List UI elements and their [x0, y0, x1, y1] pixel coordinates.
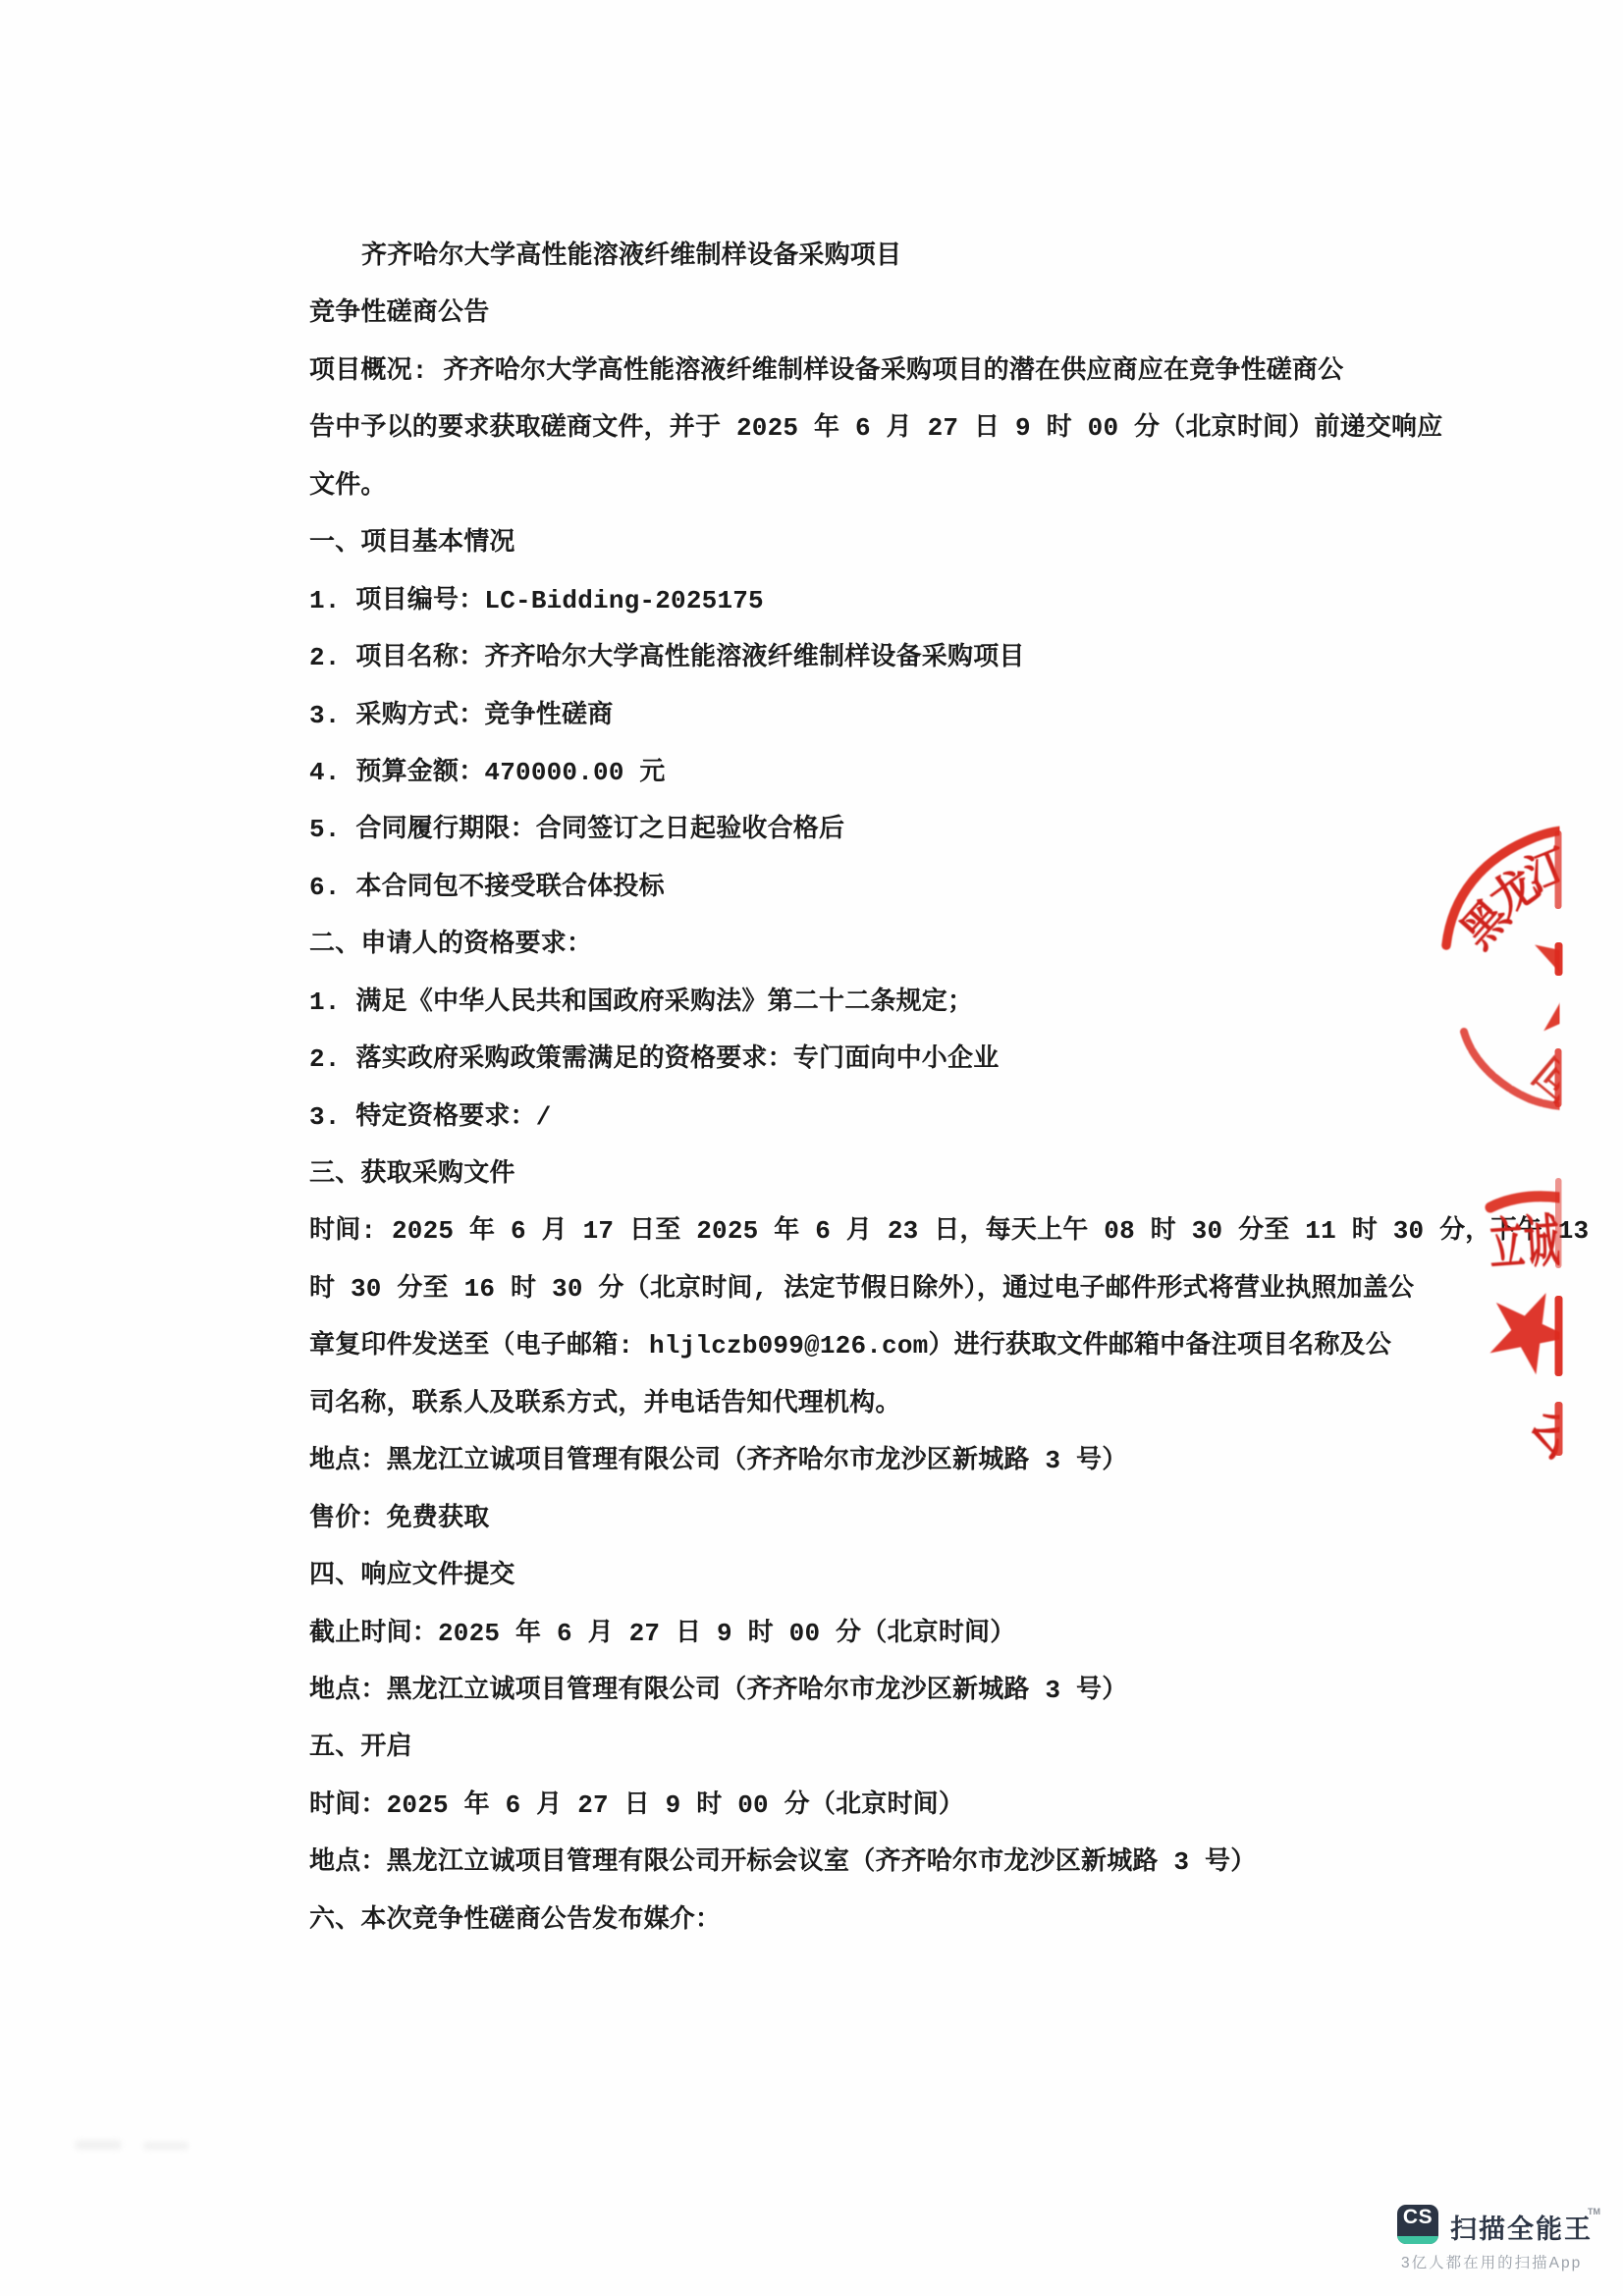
doc-line: 地点：黑龙江立诚项目管理有限公司（齐齐哈尔市龙沙区新城路 3 号）	[309, 1432, 1399, 1489]
doc-line: 2. 落实政府采购政策需满足的资格要求：专门面向中小企业	[309, 1031, 1399, 1088]
scan-smudge	[75, 2140, 122, 2150]
seal-char-long: 龙	[1481, 859, 1547, 927]
seal-char-bottom: 回	[1524, 1049, 1585, 1111]
doc-line: 3. 特定资格要求：/	[309, 1089, 1399, 1146]
doc-line: 六、本次竞争性磋商公告发布媒介：	[309, 1892, 1399, 1949]
doc-line: 地点：黑龙江立诚项目管理有限公司（齐齐哈尔市龙沙区新城路 3 号）	[309, 1662, 1399, 1719]
doc-line: 二、申请人的资格要求：	[309, 916, 1399, 973]
doc-line: 2. 项目名称：齐齐哈尔大学高性能溶液纤维制样设备采购项目	[309, 629, 1399, 686]
doc-line: 4. 预算金额：470000.00 元	[309, 744, 1399, 801]
doc-line: 司名称，联系人及联系方式，并电话告知代理机构。	[309, 1375, 1399, 1432]
doc-line: 地点：黑龙江立诚项目管理有限公司开标会议室（齐齐哈尔市龙沙区新城路 3 号）	[309, 1834, 1399, 1891]
doc-line: 5. 合同履行期限：合同签订之日起验收合格后	[309, 801, 1399, 858]
seal2-star-icon	[1476, 1275, 1583, 1380]
doc-line: 3. 采购方式：竞争性磋商	[309, 687, 1399, 744]
seal2-char-bottom: 公	[1521, 1398, 1595, 1469]
doc-line: 6. 本合同包不接受联合体投标	[309, 859, 1399, 916]
app-tagline-text: 3亿人都在用的扫描App	[1401, 2251, 1582, 2272]
camscanner-watermark: CS 扫描全能王 TM 3亿人都在用的扫描App	[1397, 2203, 1603, 2271]
seal-char-jiang: 江	[1519, 840, 1577, 901]
seal-star-icon	[1518, 895, 1623, 1054]
doc-line: 告中予以的要求获取磋商文件，并于 2025 年 6 月 27 日 9 时 00 …	[309, 400, 1399, 456]
doc-line: 竞争性磋商公告	[309, 285, 1399, 342]
doc-line: 售价：免费获取	[309, 1490, 1399, 1547]
doc-line: 一、项目基本情况	[309, 514, 1399, 571]
doc-line: 四、响应文件提交	[309, 1547, 1399, 1604]
doc-line: 时间：2025 年 6 月 27 日 9 时 00 分（北京时间）	[309, 1777, 1399, 1834]
seal-char-hei: 黑	[1450, 889, 1519, 958]
doc-line: 章复印件发送至（电子邮箱: hljlczb099@126.com）进行获取文件邮…	[309, 1317, 1399, 1374]
doc-line: 文件。	[309, 457, 1399, 514]
cs-logo-text: CS	[1397, 2206, 1438, 2229]
company-seal-top: 黑 龙 江 回	[1446, 830, 1623, 1111]
scan-smudge	[143, 2142, 189, 2150]
doc-line: 1. 满足《中华人民共和国政府采购法》第二十二条规定；	[309, 974, 1399, 1031]
camscanner-logo-icon: CS	[1397, 2205, 1438, 2244]
logo-accent-strip	[1397, 2236, 1438, 2244]
scanned-page: 齐齐哈尔大学高性能溶液纤维制样设备采购项目竞争性磋商公告项目概况: 齐齐哈尔大学…	[0, 0, 1623, 2296]
document-text: 齐齐哈尔大学高性能溶液纤维制样设备采购项目竞争性磋商公告项目概况: 齐齐哈尔大学…	[309, 228, 1399, 1949]
doc-line: 1. 项目编号：LC-Bidding-2025175	[309, 572, 1399, 629]
doc-line: 截止时间：2025 年 6 月 27 日 9 时 00 分（北京时间）	[309, 1605, 1399, 1662]
doc-line: 五、开启	[309, 1719, 1399, 1776]
doc-line: 三、获取采购文件	[309, 1146, 1399, 1202]
seal2-arc-icon	[1490, 1197, 1560, 1207]
doc-line: 齐齐哈尔大学高性能溶液纤维制样设备采购项目	[309, 228, 1399, 285]
doc-line: 时 30 分至 16 时 30 分（北京时间, 法定节假日除外），通过电子邮件形…	[309, 1260, 1399, 1317]
doc-line: 时间: 2025 年 6 月 17 日至 2025 年 6 月 23 日，每天上…	[309, 1202, 1399, 1259]
seal-arc-top-icon	[1446, 830, 1563, 945]
doc-line: 项目概况: 齐齐哈尔大学高性能溶液纤维制样设备采购项目的潜在供应商应在竞争性磋商…	[309, 343, 1399, 400]
seal-fold-streaks	[1555, 830, 1563, 1456]
trademark-mark: TM	[1588, 2207, 1600, 2216]
seal-arc-bottom-icon	[1464, 1032, 1561, 1106]
app-name-text: 扫描全能王	[1450, 2208, 1593, 2246]
